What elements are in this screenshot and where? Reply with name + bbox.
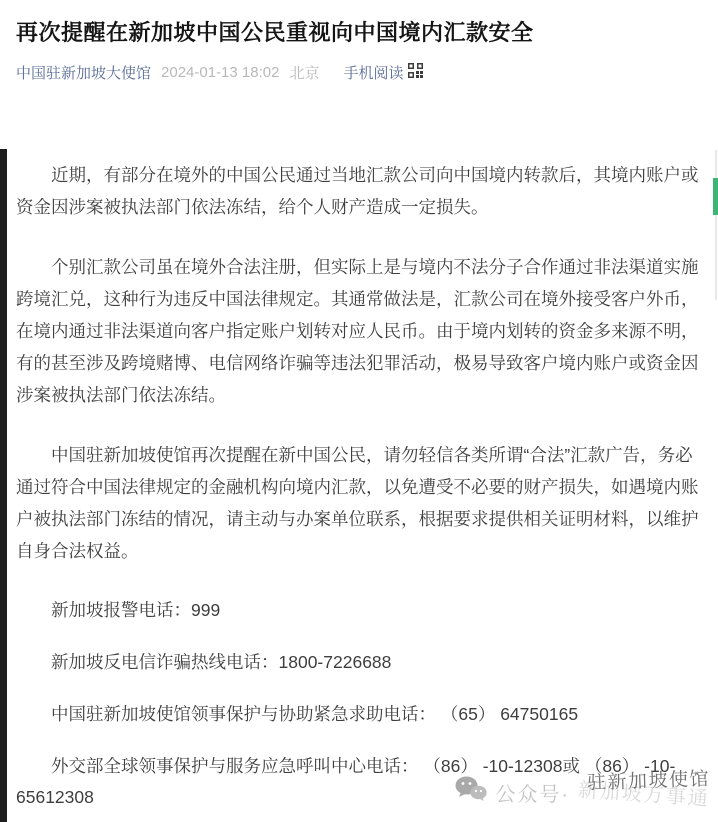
- account-name-link[interactable]: 中国驻新加坡大使馆: [16, 62, 151, 83]
- paragraph: 个别汇款公司虽在境外合法注册，但实际上是与境内不法分子合作通过非法渠道实施跨境汇…: [16, 251, 702, 411]
- publish-location: 北京: [289, 62, 319, 83]
- scroll-indicator-thumb[interactable]: [713, 178, 718, 215]
- scrollbar-track: [715, 150, 717, 300]
- contact-line-embassy: 中国驻新加坡使馆领事保护与协助紧急求助电话： （65） 64750165: [16, 699, 702, 730]
- mobile-read-link[interactable]: 手机阅读: [343, 62, 423, 83]
- article-body: 近期，有部分在境外的中国公民通过当地汇款公司向中国境内转款后，其境内账户或资金因…: [16, 159, 702, 813]
- article-page: 再次提醒在新加坡中国公民重视向中国境内汇款安全 中国驻新加坡大使馆 2024-0…: [0, 0, 718, 822]
- publish-datetime: 2024-01-13 18:02: [161, 64, 279, 81]
- contact-line-antiscam: 新加坡反电信诈骗热线电话：1800-7226688: [16, 647, 702, 678]
- paragraph: 中国驻新加坡使馆再次提醒在新中国公民，请勿轻信各类所谓“合法”汇款广告，务必通过…: [16, 439, 702, 567]
- left-black-bar: [0, 149, 7, 822]
- watermark-prefix: 公众号·: [495, 778, 570, 807]
- footer-watermark: 公众号· 新加坡万事通 驻新加坡使馆: [455, 776, 710, 808]
- qr-code-icon[interactable]: [408, 63, 423, 82]
- mobile-read-label: 手机阅读: [343, 62, 403, 83]
- watermark-stamp: 驻新加坡使馆: [587, 764, 711, 795]
- byline: 中国驻新加坡大使馆 2024-01-13 18:02 北京 手机阅读: [0, 48, 718, 83]
- wechat-logo-icon: [455, 776, 487, 808]
- paragraph: 近期，有部分在境外的中国公民通过当地汇款公司向中国境内转款后，其境内账户或资金因…: [16, 159, 702, 223]
- article-title: 再次提醒在新加坡中国公民重视向中国境内汇款安全: [0, 0, 718, 48]
- contact-line-police: 新加坡报警电话：999: [16, 595, 702, 626]
